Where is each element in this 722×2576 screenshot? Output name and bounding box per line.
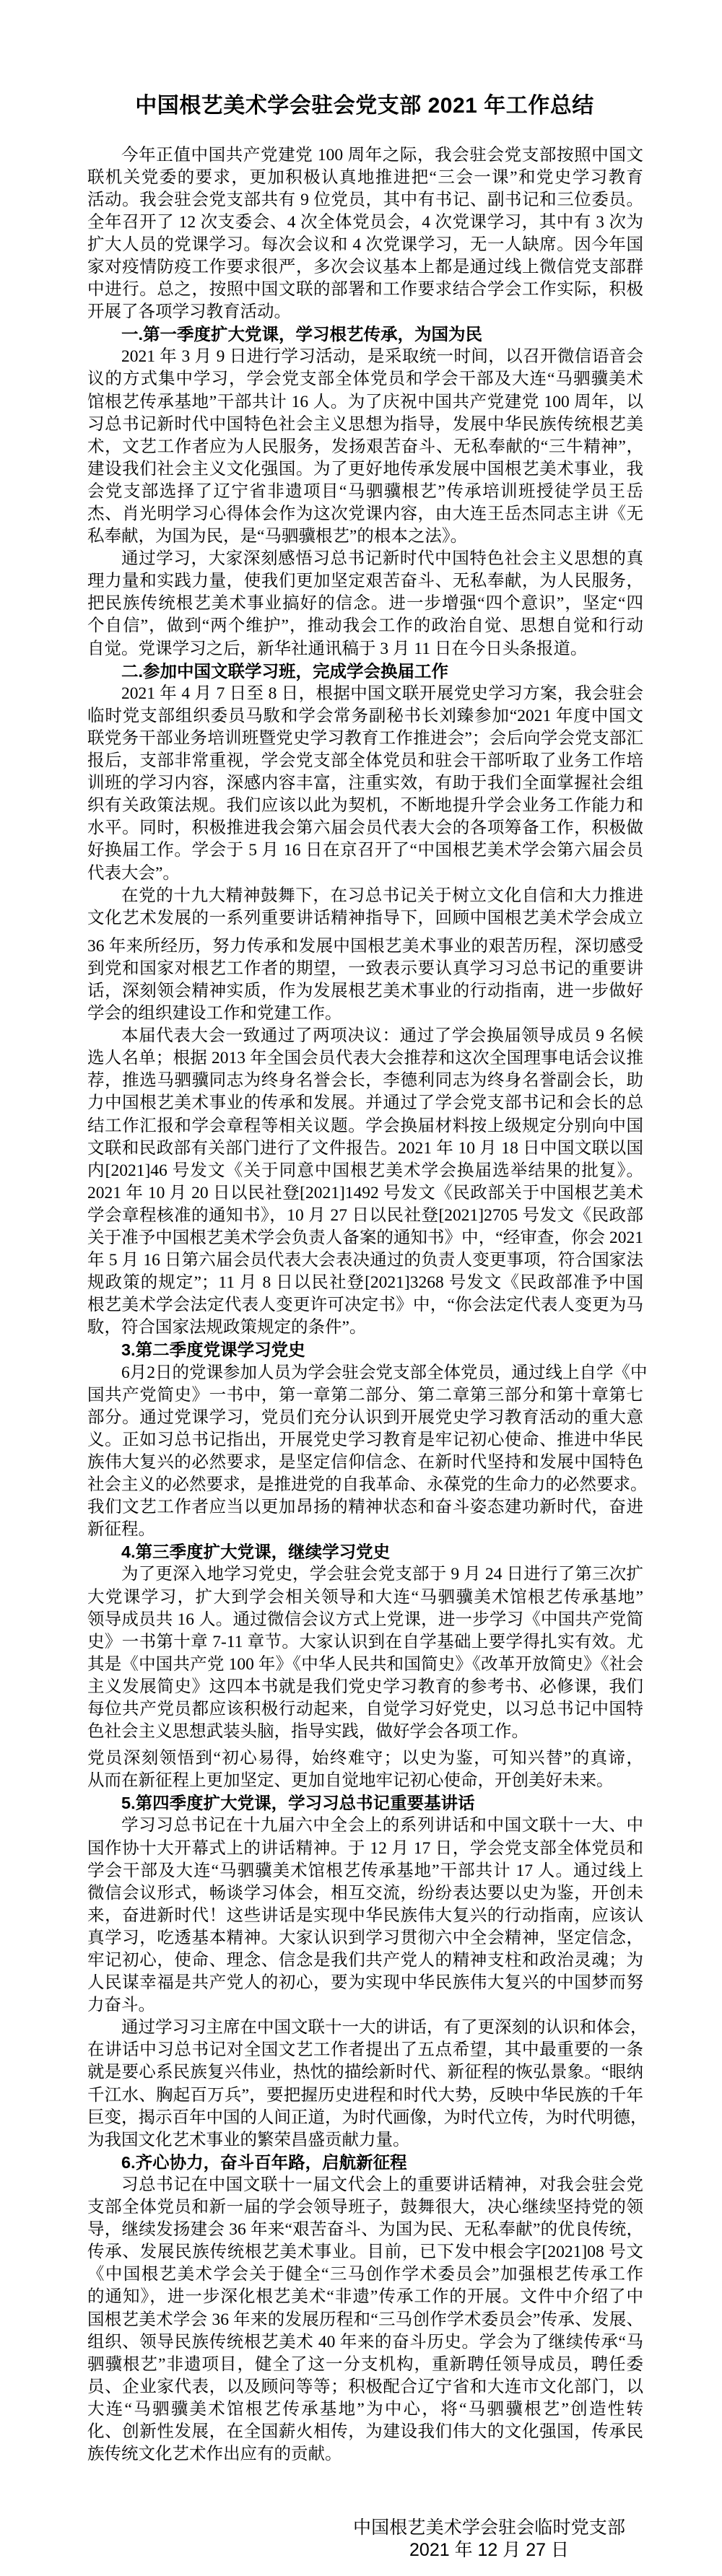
text-line: 学会干部及大连“马驷骥美术馆根艺传承基地”干部共计 17 人。通过线上 [87,1860,643,1882]
paragraph: 2021 年 4 月 7 日至 8 日，根据中国文联开展党史学习方案，我会驻会 … [87,683,643,885]
text-line: 学会章程核准的通知书》，10 月 27 日以民社登[2021]2705 号发文《… [87,1205,643,1227]
text-line: 组织、领导民族传统根艺美术 40 年来的奋斗历史。学会为了继续传承“马 [87,2331,643,2354]
section-heading-1: 一.第一季度扩大党课，学习根艺传承，为国为民 [87,323,643,346]
text-line: 全年召开了 12 次支委会、4 次全体党员会，4 次党课学习，其中有 3 次为 [87,211,643,234]
text-line: 国作协十大开幕式上的讲话精神。于 12 月 17 日，学会党支部全体党员和 [87,1838,643,1860]
text-line: 来，奋进新时代！这些讲话是实现中华民族伟大复兴的行动指南，应该认 [87,1905,643,1927]
text-line: 通过学习习主席在中国文联十一大的讲话，有了更深刻的认识和体会， [87,2017,643,2039]
text-line: 内[2021]46 号发文《关于同意中国根艺美术学会换届选举结果的批复》。 [87,1160,643,1182]
text-line: 习总书记在中国文联十一届文代会上的重要讲话精神，对我会驻会党 [87,2174,643,2196]
text-line: 结工作汇报和学会章程等相关议题。学会换届材料按上级规定分别向中国 [87,1115,643,1138]
document-page: 中国根艺美术学会驻会党支部 2021 年工作总结 今年正值中国共产党建党 100… [0,0,722,2576]
text-line: 员、企业家代表，以及顾问等等；积极配合辽宁省和大连市文化部门，以 [87,2376,643,2398]
text-line: 駇，符合国家法规政策规定的条件”。 [87,1317,643,1339]
text-line: 族传统文化艺术作出应有的贡献。 [87,2443,643,2466]
text-line: 在党的十九大精神鼓舞下，在习总书记关于树立文化自信和大力推进 [87,885,643,907]
text-line: 关于准予中国根艺美术学会负责人备案的通知书》中，“经审查，你会 2021 [87,1227,643,1249]
text-line: 学习习总书记在十九届六中全会上的系列讲话和中国文联十一大、中 [87,1815,643,1837]
text-line: 大党课学习，扩大到学会相关领导和大连“马驷骥美术馆根艺传承基地” [87,1586,643,1609]
text-line: 为了更深入地学习党史，学会驻会党支部于 9 月 24 日进行了第三次扩 [87,1563,643,1586]
text-line: 我们文艺工作者应当以更加昂扬的精神状态和奋斗姿态建功新时代，奋进 [87,1496,643,1519]
text-line: 部分。通过党课学习，党员们充分认识到开展党史学习教育活动的重大意 [87,1407,643,1429]
paragraph: 通过学习，大家深刻感悟习总书记新时代中国特色社会主义思想的真 理力量和实践力量，… [87,548,643,660]
text-line: 术，文艺工作者应为人民服务，发扬艰苦奋斗、无私奉献的“三牛精神”， [87,436,643,458]
text-line: 为我国文化艺术事业的繁荣昌盛贡献力量。 [87,2129,643,2152]
section-heading-6: 6.齐心协力，奋斗百年路，启航新征程 [87,2152,643,2174]
paragraph: 在党的十九大精神鼓舞下，在习总书记关于树立文化自信和大力推进 文化艺术发展的一系… [87,885,643,1026]
paragraph: 6月2日的党课参加人员为学会驻会党支部全体党员，通过线上自学《中 国共产党简史》… [87,1362,643,1542]
text-line: 本届代表大会一致通过了两项决议：通过了学会换届领导成员 9 名候 [87,1025,643,1047]
text-line: 从而在新征程上更加坚定、更加自觉地牢记初心使命，开创美好未来。 [87,1770,643,1792]
text-line: 每位共产党员都应该积极行动起来，自觉学习好党史，以习总书记中国特 [87,1698,643,1721]
text-line: 话，深刻领会精神实质，作为发展根艺美术事业的行动指南，进一步做好 [87,980,643,1003]
text-line: 学会的组织建设工作和党建工作。 [87,1003,643,1025]
document-body: 今年正值中国共产党建党 100 周年之际，我会驻会党支部按照中国文 联机关党委的… [87,144,643,2466]
text-line: 新征程。 [87,1519,643,1541]
text-line: 传承、发展民族传统根艺美术事业。目前，已下发中根会字[2021]08 号文 [87,2241,643,2263]
text-line: 力中国根艺美术事业的传承和发展。并通过了学会党支部书记和会长的总 [87,1092,643,1114]
text-line: 国根艺美术学会 36 年来的发展历程和“三马创作学术委员会”传承、发展、 [87,2309,643,2331]
text-line: 族伟大复兴的必然要求，是坚定信仰信念、在新时代坚持和发展中国特色 [87,1451,643,1474]
text-line: 把民族传统根艺美术事业搞好的信念。进一步增强“四个意识”，坚定“四 [87,593,643,615]
text-line: 活动。我会驻会党支部共有 9 位党员，其中有书记、副书记和三位委员。 [87,189,643,211]
text-line: 水平。同时，积极推进我会第六届会员代表大会的各项筹备工作，积极做 [87,817,643,839]
text-line: 6月2日的党课参加人员为学会驻会党支部全体党员，通过线上自学《中 [87,1362,643,1384]
document-title: 中国根艺美术学会驻会党支部 2021 年工作总结 [0,92,722,121]
paragraph: 通过学习习主席在中国文联十一大的讲话，有了更深刻的认识和体会， 在讲话中习总书记… [87,2017,643,2152]
paragraph-intro: 今年正值中国共产党建党 100 周年之际，我会驻会党支部按照中国文 联机关党委的… [87,144,643,324]
text-line: 党员深刻领悟到“初心易得，始终难守；以史为鉴，可知兴替”的真谛， [87,1747,643,1770]
text-line: 建设我们社会主义文化强国。为了更好地传承发展中国根艺美术事业，我 [87,458,643,481]
text-line: 领导成员共 16 人。通过微信会议方式上党课，进一步学习《中国共产党简 [87,1609,643,1631]
text-line: 文化艺术发展的一系列重要讲话精神指导下，回顾中国根艺美术学会成立 [87,907,643,930]
text-line: 议的方式集中学习，学会党支部全体党员和学会干部及大连“马驷骥美术 [87,368,643,390]
text-line: 其是《中国共产党 100 年》《中华人民共和国简史》《改革开放简史》《社会 [87,1654,643,1676]
text-line: 选人名单；根据 2013 年全国会员代表大会推荐和这次全国理事电话会议推 [87,1047,643,1070]
text-line: 理力量和实践力量，使我们更加坚定艰苦奋斗、无私奉献，为人民服务， [87,570,643,593]
text-line: 私奉献，为国为民，是“马驷骥根艺”的根本之法》。 [87,525,643,548]
text-line: 会党支部选择了辽宁省非遗项目“马驷骥根艺”传承培训班授徒学员王岳 [87,481,643,503]
text-line: 到党和国家对根艺工作者的期望，一致表示要认真学习习总书记的重要讲 [87,958,643,980]
paragraph: 习总书记在中国文联十一届文代会上的重要讲话精神，对我会驻会党 支部全体党员和新一… [87,2174,643,2466]
text-line: 自觉。党课学习之后，新华社通讯稿于 3 月 11 日在今日头条报道。 [87,638,643,660]
text-line: 中进行。总之，按照中国文联的部署和工作要求结合学会工作实际，积极 [87,279,643,301]
text-line: 好换届工作。学会于 5 月 16 日在京召开了“中国根艺美术学会第六届会员 [87,839,643,862]
text-line: 织有关政策法规。我们应该以此为契机，不断地提升学会业务工作能力和 [87,795,643,817]
text-line: 36 年来所经历，努力传承和发展中国根艺美术事业的艰苦历程，深切感受 [87,935,643,958]
text-line: 规政策的规定”；11 月 8 日以民社登[2021]3268 号发文《民政部准予… [87,1272,643,1294]
text-line: 文联和民政部有关部门进行了文件报告。2021 年 10 月 18 日中国文联以国 [87,1138,643,1160]
text-line: 联机关党委的要求，更加积极认真地推进把“三会一课”和党史学习教育 [87,167,643,189]
text-line: 在讲话中习总书记对全国文艺工作者提出了五点希望，其中最重要的一条 [87,2039,643,2061]
text-line: 巨变，揭示百年中国的人间正道，为时代画像，为时代立传，为时代明德， [87,2107,643,2129]
text-line: 2021 年 10 月 20 日以民社登[2021]1492 号发文《民政部关于… [87,1182,643,1205]
signature-organization: 中国根艺美术学会驻会临时党支部 [353,2517,625,2539]
text-line: 的通知》，进一步深化根艺美术“非遗”传承工作的开展。文件中介绍了中 [87,2286,643,2308]
text-line: 开展了各项学习教育活动。 [87,301,643,323]
text-line: 个自信”，做到“两个维护”，推动我会工作的政治自觉、思想自觉和行动 [87,615,643,637]
section-heading-5: 5.第四季度扩大党课，学习习总书记重要基讲话 [87,1792,643,1815]
text-line: 今年正值中国共产党建党 100 周年之际，我会驻会党支部按照中国文 [87,144,643,167]
text-line: 支部全体党员和新一届的学会领导班子，鼓舞很大，决心继续坚持党的领 [87,2196,643,2219]
text-line: 代表大会”。 [87,863,643,885]
text-line: 千江水、胸起百万兵”，要把握历史进程和时代大势，反映中华民族的千年 [87,2084,643,2107]
text-line: 《中国根艺美术学会关于健全“三马创作学术委员会”加强根艺传承工作 [87,2263,643,2286]
text-line: 根艺美术学会法定代表人变更许可决定书》中，“你会法定代表人变更为马 [87,1294,643,1317]
text-line: 大连“马驷骥美术馆根艺传承基地”为中心，将“马驷骥根艺”创造性转 [87,2398,643,2421]
text-line: 家对疫情防疫工作要求很严，多次会议基本上都是通过线上微信党支部群 [87,256,643,279]
text-line: 2021 年 4 月 7 日至 8 日，根据中国文联开展党史学习方案，我会驻会 [87,683,643,705]
section-heading-4: 4.第三季度扩大党课，继续学习党史 [87,1541,643,1563]
text-line: 牢记初心，使命、理念、信念是我们共产党人的精神支柱和政治灵魂；为 [87,1950,643,1972]
text-line: 临时党支部组织委员马駇和学会常务副秘书长刘臻参加“2021 年度中国文 [87,705,643,728]
text-line: 联党务干部业务培训班暨党史学习教育工作推进会”；会后向学会党支部汇 [87,728,643,750]
text-line: 导，继续发扬建会 36 年来“艰苦奋斗、为国为民、无私奉献”的优良传统， [87,2219,643,2241]
text-line: 史》一书第十章 7-11 章节。大家认识到在自学基础上要学得扎实有效。尤 [87,1631,643,1654]
text-line: 主义发展简史》这四本书就是我们党史学习教育的参考书、必修课，我们 [87,1676,643,1698]
text-line: 报后，支部非常重视，学会党支部全体党员和驻会干部听取了业务工作培 [87,750,643,772]
signature-date: 2021 年 12 月 27 日 [353,2539,625,2562]
text-line: 通过学习，大家深刻感悟习总书记新时代中国特色社会主义思想的真 [87,548,643,570]
section-heading-3: 3.第二季度党课学习党史 [87,1339,643,1361]
text-line: 就是要心系民族复兴伟业，热忱的描绘新时代、新征程的恢弘景象。“眼纳 [87,2061,643,2084]
section-heading-2: 二.参加中国文联学习班，完成学会换届工作 [87,660,643,683]
text-line: 社会主义的必然要求，是推进党的自我革命、永葆党的生命力的必然要求。 [87,1474,643,1496]
text-line: 2021 年 3 月 9 日进行学习活动，是采取统一时间，以召开微信语音会 [87,346,643,368]
text-line: 馆根艺传承基地”干部共计 16 人。为了庆祝中国共产党建党 100 周年，以 [87,391,643,414]
text-line: 驷骥根艺”非遗项目，健全了这一分支机构，重新聘任领导成员，聘任委 [87,2354,643,2376]
paragraph: 本届代表大会一致通过了两项决议：通过了学会换届领导成员 9 名候 选人名单；根据… [87,1025,643,1339]
text-line: 训班的学习内容，深感内容丰富，注重实效，有助于我们全面掌握社会组 [87,772,643,795]
text-line: 扩大人员的党课学习。每次会议和 4 次党课学习，无一人缺席。因今年国 [87,234,643,256]
text-line: 荐，推选马驷骥同志为终身名誉会长，李德利同志为终身名誉副会长，助 [87,1070,643,1092]
text-line: 国共产党简史》一书中，第一章第二部分、第二章第三部分和第十章第七 [87,1384,643,1407]
text-line: 习总书记新时代中国特色社会主义思想为指导，发展中华民族传统根艺美 [87,414,643,436]
text-line: 杰、肖光明学习心得体会作为这次党课内容，由大连王岳杰同志主讲《无 [87,503,643,525]
text-line: 微信会议形式，畅谈学习体会，相互交流，纷纷表达要以史为鉴，开创未 [87,1882,643,1905]
paragraph: 2021 年 3 月 9 日进行学习活动，是采取统一时间，以召开微信语音会 议的… [87,346,643,548]
text-line: 真学习，吃透基本精神。大家认识到学习贯彻六中全会精神，坚定信念， [87,1927,643,1950]
text-line: 人民谋幸福是共产党人的初心，要为实现中华民族伟大复兴的中国梦而努 [87,1972,643,1994]
paragraph: 学习习总书记在十九届六中全会上的系列讲话和中国文联十一大、中 国作协十大开幕式上… [87,1815,643,2017]
paragraph: 为了更深入地学习党史，学会驻会党支部于 9 月 24 日进行了第三次扩 大党课学… [87,1563,643,1743]
text-line: 力奋斗。 [87,1994,643,2017]
text-line: 化、创新性发展，在全国薪火相传，为建设我们伟大的文化强国，传承民 [87,2421,643,2443]
text-line: 色社会主义思想武装头脑，指导实践，做好学会各项工作。 [87,1721,643,1743]
text-line: 年 5 月 16 日第六届会员代表大会表决通过的负责人变更事项，符合国家法 [87,1249,643,1272]
text-line: 义。正如习总书记指出，开展党史学习教育是牢记初心使命、推进中华民 [87,1429,643,1451]
paragraph-unindented: 党员深刻领悟到“初心易得，始终难守；以史为鉴，可知兴替”的真谛， 从而在新征程上… [87,1747,643,1792]
signature-block: 中国根艺美术学会驻会临时党支部 2021 年 12 月 27 日 [353,2517,625,2562]
